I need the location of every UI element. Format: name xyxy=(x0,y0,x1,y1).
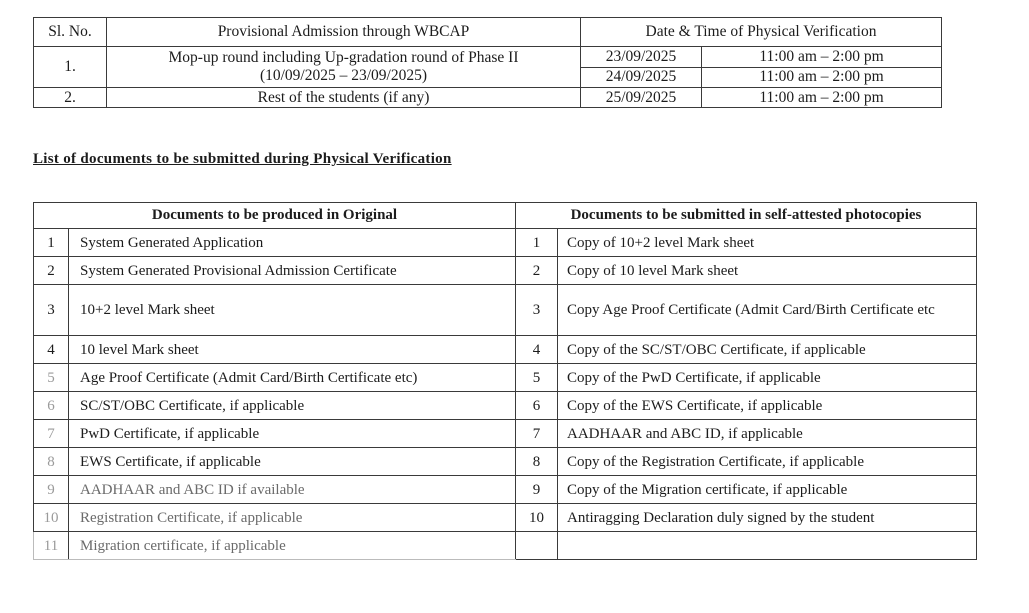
original-document: System Generated Provisional Admission C… xyxy=(69,257,516,285)
schedule-sl: 2. xyxy=(34,88,107,108)
original-document: Migration certificate, if applicable xyxy=(69,532,516,560)
schedule-round: Mop-up round including Up-gradation roun… xyxy=(107,47,581,88)
photocopy-document: Copy Age Proof Certificate (Admit Card/B… xyxy=(558,285,977,336)
photocopy-number: 4 xyxy=(516,336,558,364)
schedule-row: 2. Rest of the students (if any) 25/09/2… xyxy=(34,88,942,108)
schedule-time: 11:00 am – 2:00 pm xyxy=(702,47,942,68)
document-row: 2System Generated Provisional Admission … xyxy=(34,257,977,285)
original-number: 10 xyxy=(34,504,69,532)
photocopy-document: Copy of the EWS Certificate, if applicab… xyxy=(558,392,977,420)
photocopy-number: 1 xyxy=(516,229,558,257)
round-period: (10/09/2025 – 23/09/2025) xyxy=(107,67,580,85)
original-number: 4 xyxy=(34,336,69,364)
schedule-round: Rest of the students (if any) xyxy=(107,88,581,108)
header-date-time: Date & Time of Physical Verification xyxy=(581,18,942,47)
original-number: 6 xyxy=(34,392,69,420)
document-row: 10Registration Certificate, if applicabl… xyxy=(34,504,977,532)
document-row: 7PwD Certificate, if applicable7AADHAAR … xyxy=(34,420,977,448)
original-number: 1 xyxy=(34,229,69,257)
originals-header: Documents to be produced in Original xyxy=(34,203,516,229)
photocopy-number: 7 xyxy=(516,420,558,448)
photocopy-number: 9 xyxy=(516,476,558,504)
documents-heading: List of documents to be submitted during… xyxy=(33,151,452,168)
schedule-date: 25/09/2025 xyxy=(581,88,702,108)
photocopy-document: Copy of the SC/ST/OBC Certificate, if ap… xyxy=(558,336,977,364)
original-number: 9 xyxy=(34,476,69,504)
schedule-time: 11:00 am – 2:00 pm xyxy=(702,88,942,108)
document-row: 310+2 level Mark sheet3Copy Age Proof Ce… xyxy=(34,285,977,336)
document-row: 6SC/ST/OBC Certificate, if applicable6Co… xyxy=(34,392,977,420)
documents-header-row: Documents to be produced in Original Doc… xyxy=(34,203,977,229)
original-document: Age Proof Certificate (Admit Card/Birth … xyxy=(69,364,516,392)
header-sl-no: Sl. No. xyxy=(34,18,107,47)
documents-table: Documents to be produced in Original Doc… xyxy=(33,202,977,560)
schedule-header-row: Sl. No. Provisional Admission through WB… xyxy=(34,18,942,47)
photocopy-number: 10 xyxy=(516,504,558,532)
photocopy-document: Copy of the PwD Certificate, if applicab… xyxy=(558,364,977,392)
schedule-date: 23/09/2025 xyxy=(581,47,702,68)
original-document: 10+2 level Mark sheet xyxy=(69,285,516,336)
photocopy-document: Copy of the Registration Certificate, if… xyxy=(558,448,977,476)
photocopy-document xyxy=(558,532,977,560)
photocopy-number: 3 xyxy=(516,285,558,336)
photocopy-document: Copy of the Migration certificate, if ap… xyxy=(558,476,977,504)
original-document: 10 level Mark sheet xyxy=(69,336,516,364)
original-document: PwD Certificate, if applicable xyxy=(69,420,516,448)
photocopy-number: 2 xyxy=(516,257,558,285)
document-row: 1System Generated Application1Copy of 10… xyxy=(34,229,977,257)
photocopy-number: 6 xyxy=(516,392,558,420)
schedule-time: 11:00 am – 2:00 pm xyxy=(702,67,942,88)
original-number: 11 xyxy=(34,532,69,560)
original-document: SC/ST/OBC Certificate, if applicable xyxy=(69,392,516,420)
schedule-sl: 1. xyxy=(34,47,107,88)
original-number: 5 xyxy=(34,364,69,392)
document-row: 9AADHAAR and ABC ID if available9Copy of… xyxy=(34,476,977,504)
original-document: Registration Certificate, if applicable xyxy=(69,504,516,532)
photocopy-document: Copy of 10 level Mark sheet xyxy=(558,257,977,285)
document-row: 5Age Proof Certificate (Admit Card/Birth… xyxy=(34,364,977,392)
original-document: EWS Certificate, if applicable xyxy=(69,448,516,476)
original-number: 7 xyxy=(34,420,69,448)
original-number: 8 xyxy=(34,448,69,476)
photocopy-document: Copy of 10+2 level Mark sheet xyxy=(558,229,977,257)
original-document: System Generated Application xyxy=(69,229,516,257)
photocopy-number: 5 xyxy=(516,364,558,392)
schedule-date: 24/09/2025 xyxy=(581,67,702,88)
photocopy-number: 8 xyxy=(516,448,558,476)
photocopy-document: Antiragging Declaration duly signed by t… xyxy=(558,504,977,532)
round-title: Mop-up round including Up-gradation roun… xyxy=(107,49,580,67)
document-row: 8EWS Certificate, if applicable8Copy of … xyxy=(34,448,977,476)
documents-body: 1System Generated Application1Copy of 10… xyxy=(34,229,977,560)
original-document: AADHAAR and ABC ID if available xyxy=(69,476,516,504)
photocopy-number xyxy=(516,532,558,560)
document-row: 11Migration certificate, if applicable xyxy=(34,532,977,560)
photocopy-document: AADHAAR and ABC ID, if applicable xyxy=(558,420,977,448)
document-row: 410 level Mark sheet4Copy of the SC/ST/O… xyxy=(34,336,977,364)
original-number: 2 xyxy=(34,257,69,285)
verification-schedule-table: Sl. No. Provisional Admission through WB… xyxy=(33,17,942,108)
header-provisional-admission: Provisional Admission through WBCAP xyxy=(107,18,581,47)
original-number: 3 xyxy=(34,285,69,336)
schedule-row: 1. Mop-up round including Up-gradation r… xyxy=(34,47,942,68)
photocopies-header: Documents to be submitted in self-attest… xyxy=(516,203,977,229)
